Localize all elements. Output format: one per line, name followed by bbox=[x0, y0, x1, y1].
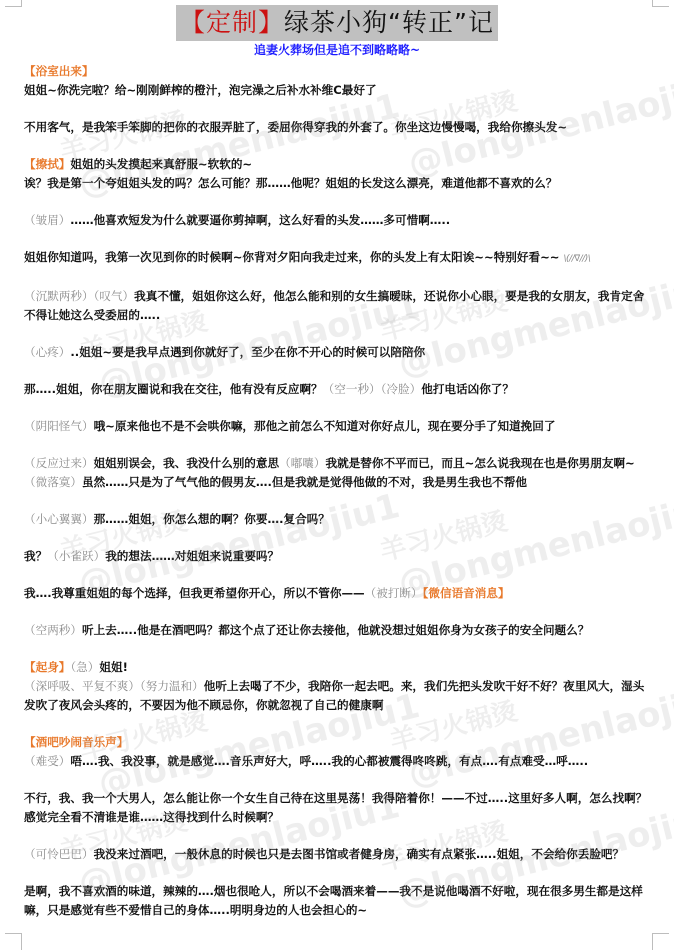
dialogue-text: 唔….我、我没事，就是感觉….音乐声好大，呼…..我的心都被震得咚咚跳，有点….… bbox=[70, 754, 588, 768]
stage-direction: （反应过来） bbox=[24, 456, 94, 470]
page-corner-mark bbox=[652, 933, 669, 950]
dialogue-text: 那……姐姐，你怎么想的啊？你要….复合吗？ bbox=[94, 512, 330, 526]
stage-direction: （嘟囔） bbox=[279, 456, 325, 470]
dialogue-text: 姐姐的头发摸起来真舒服~软软的~ bbox=[70, 157, 252, 171]
dialogue-text: 是啊，我不喜欢酒的味道，辣辣的….烟也很呛人，所以不会喝酒来着——我不是说他喝酒… bbox=[24, 884, 643, 917]
script-line: 【酒吧吵闹音乐声】 bbox=[24, 733, 654, 752]
script-line: 是啊，我不喜欢酒的味道，辣辣的….烟也很呛人，所以不会喝酒来着——我不是说他喝酒… bbox=[24, 882, 654, 920]
stage-direction: （可怜巴巴） bbox=[24, 847, 94, 861]
scene-tag: 【起身】 bbox=[24, 660, 70, 674]
script-line: 我….我尊重姐姐的每个选择，但我更希望你开心，所以不管你——（被打断）【微信语音… bbox=[24, 584, 654, 603]
dialogue-text: 姐姐! bbox=[99, 660, 127, 674]
dialogue-text: 我？ bbox=[24, 549, 47, 563]
dialogue-text: 姐姐你知道吗，我第一次见到你的时候啊~你背对夕阳向我走过来，你的头发上有太阳诶~… bbox=[24, 250, 560, 264]
stage-direction: （空一秒） bbox=[323, 382, 381, 396]
stage-direction: （皱眉） bbox=[24, 213, 70, 227]
stage-direction: （被打断） bbox=[365, 586, 423, 600]
stage-direction: （小心翼翼） bbox=[24, 512, 94, 526]
stage-direction: （努力温和） bbox=[140, 679, 204, 693]
dialogue-text: 诶？我是第一个夸姐姐头发的吗？怎么可能？那……他呢？姐姐的长发这么漂亮，难道他都… bbox=[24, 176, 557, 190]
page-corner-mark bbox=[5, 933, 22, 950]
dialogue-text: ……他喜欢短发为什么就要逼你剪掉啊，这么好看的头发……多可惜啊….. bbox=[70, 213, 450, 227]
script-line: 那…..姐姐，你在朋友圈说和我在交往，他有没有反应啊？（空一秒）（冷脸）他打电话… bbox=[24, 380, 654, 399]
title-main: 绿茶小狗“转正”记 bbox=[284, 8, 494, 37]
script-line: （阴阳怪气）哦~原来他也不是不会哄你嘛，那他之前怎么不知道对你好点儿，现在要分手… bbox=[24, 417, 654, 436]
script-line: （可怜巴巴）我没来过酒吧，一般休息的时候也只是去图书馆或者健身房，确实有点紧张…… bbox=[24, 845, 654, 864]
stage-direction: （难受） bbox=[24, 754, 70, 768]
title-block: 【定制】绿茶小狗“转正”记 bbox=[0, 5, 674, 41]
document-title: 【定制】绿茶小狗“转正”记 bbox=[176, 5, 498, 41]
script-line: 姐姐~你洗完啦？给~刚刚鲜榨的橙汁，泡完澡之后补水补维C最好了 bbox=[24, 81, 654, 100]
dialogue-text: 他打电话凶你了？ bbox=[421, 382, 514, 396]
dialogue-text: 我….我尊重姐姐的每个选择，但我更希望你开心，所以不管你—— bbox=[24, 586, 365, 600]
stage-direction: （深呼吸、平复不爽） bbox=[24, 679, 140, 693]
dialogue-text: 虽然……只是为了气气他的假男友….但是我就是觉得他做的不对，我是男生我也不帮他 bbox=[82, 475, 527, 489]
script-line: 姐姐你知道吗，我第一次见到你的时候啊~你背对夕阳向我走过来，你的头发上有太阳诶~… bbox=[24, 248, 654, 269]
script-line: 不用客气，是我笨手笨脚的把你的衣服弄脏了，委屈你得穿我的外套了。你坐这边慢慢喝，… bbox=[24, 118, 654, 137]
stage-direction: （微落寞） bbox=[24, 475, 82, 489]
scene-tag: 【微信语音消息】 bbox=[423, 586, 510, 600]
script-line: （小心翼翼）那……姐姐，你怎么想的啊？你要….复合吗？ bbox=[24, 510, 654, 529]
script-line: 不行，我、我一个大男人，怎么能让你一个女生自己待在这里晃荡！我得陪着你！——不过… bbox=[24, 789, 654, 827]
stage-direction: （急） bbox=[70, 660, 99, 674]
scene-tag: 【擦拭】 bbox=[24, 157, 70, 171]
script-line: 【浴室出来】 bbox=[24, 62, 654, 81]
scene-tag: 【浴室出来】 bbox=[24, 64, 94, 78]
script-line: （沉默两秒）（叹气）我真不懂，姐姐你这么好，他怎么能和别的女生搞暧昧，还说你小心… bbox=[24, 287, 654, 325]
stage-direction: （空两秒） bbox=[24, 623, 82, 637]
dialogue-text: 不行，我、我一个大男人，怎么能让你一个女生自己待在这里晃荡！我得陪着你！——不过… bbox=[24, 791, 647, 824]
script-line: 诶？我是第一个夸姐姐头发的吗？怎么可能？那……他呢？姐姐的长发这么漂亮，难道他都… bbox=[24, 174, 654, 193]
stage-direction: （小雀跃） bbox=[47, 549, 105, 563]
script-line: 【擦拭】姐姐的头发摸起来真舒服~软软的~ bbox=[24, 155, 654, 174]
dialogue-text: 我的想法……对姐姐来说重要吗？ bbox=[105, 549, 279, 563]
script-line: （空两秒）听上去…..他是在酒吧吗？都这个点了还让你去接他，他就没想过姐姐你身为… bbox=[24, 621, 654, 640]
document-subtitle: 追妻火葬场但是追不到略略略~ bbox=[0, 42, 674, 58]
dialogue-text: 我没来过酒吧，一般休息的时候也只是去图书馆或者健身房，确实有点紧张…..姐姐，不… bbox=[94, 847, 625, 861]
stage-direction: （心疼） bbox=[24, 345, 70, 359]
document-page: 【定制】绿茶小狗“转正”记 追妻火葬场但是追不到略略略~ 羊习火锅烫@longm… bbox=[0, 0, 674, 950]
script-line: （深呼吸、平复不爽）（努力温和）他听上去喝了不少，我陪你一起去吧。来，我们先把头… bbox=[24, 677, 654, 715]
dialogue-text: 那…..姐姐，你在朋友圈说和我在交往，他有没有反应啊？ bbox=[24, 382, 323, 396]
dialogue-text: ..姐姐~要是我早点遇到你就好了，至少在你不开心的时候可以陪陪你 bbox=[70, 345, 425, 359]
script-line: （心疼）..姐姐~要是我早点遇到你就好了，至少在你不开心的时候可以陪陪你 bbox=[24, 343, 654, 362]
dialogue-text: 哦~原来他也不是不会哄你嘛，那他之前怎么不知道对你好点儿，现在要分手了知道挽回了 bbox=[94, 419, 556, 433]
script-body: 【浴室出来】 姐姐~你洗完啦？给~刚刚鲜榨的橙汁，泡完澡之后补水补维C最好了 不… bbox=[24, 62, 654, 920]
script-line: （反应过来）姐姐别误会，我、我没什么别的意思（嘟囔）我就是替你不平而已，而且~怎… bbox=[24, 454, 654, 492]
dialogue-text: 不用客气，是我笨手笨脚的把你的衣服弄脏了，委屈你得穿我的外套了。你坐这边慢慢喝，… bbox=[24, 120, 567, 134]
script-line: （难受）唔….我、我没事，就是感觉….音乐声好大，呼…..我的心都被震得咚咚跳，… bbox=[24, 752, 654, 771]
script-line: （皱眉）……他喜欢短发为什么就要逼你剪掉啊，这么好看的头发……多可惜啊….. bbox=[24, 211, 654, 230]
dialogue-text: 听上去…..他是在酒吧吗？都这个点了还让你去接他，他就没想过姐姐你身为女孩子的安… bbox=[82, 623, 589, 637]
scene-tag: 【酒吧吵闹音乐声】 bbox=[24, 735, 128, 749]
dialogue-text: 我就是替你不平而已，而且~怎么说我现在也是你男朋友啊~ bbox=[325, 456, 634, 470]
kaomoji-emoticon: \(//∇//)\ bbox=[564, 254, 591, 264]
stage-direction: （冷脸） bbox=[381, 382, 422, 396]
stage-direction: （阴阳怪气） bbox=[24, 419, 94, 433]
dialogue-text: 姐姐别误会，我、我没什么别的意思 bbox=[94, 456, 280, 470]
script-line: 我？（小雀跃）我的想法……对姐姐来说重要吗？ bbox=[24, 547, 654, 566]
stage-direction: （叹气） bbox=[94, 289, 135, 303]
title-bracket-label: 【定制】 bbox=[180, 8, 284, 37]
script-line: 【起身】（急）姐姐! bbox=[24, 658, 654, 677]
dialogue-text: 姐姐~你洗完啦？给~刚刚鲜榨的橙汁，泡完澡之后补水补维C最好了 bbox=[24, 83, 377, 97]
stage-direction: （沉默两秒） bbox=[24, 289, 94, 303]
